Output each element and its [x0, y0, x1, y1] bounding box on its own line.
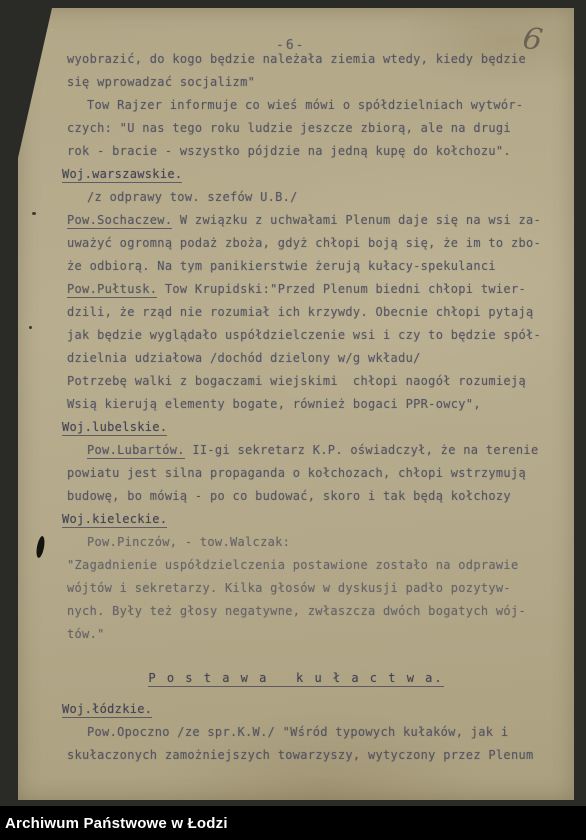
text-segment: skułaczonych zamożniejszych towarzyszy, … [67, 748, 534, 762]
typewritten-line: wójtów i sekretarzy. Kilka głosów w dysk… [67, 577, 574, 600]
typewritten-line: rok - bracie - wszystko pójdzie na jedną… [67, 140, 574, 163]
typewritten-line: Pow.Pinczów, - tow.Walczak: [87, 531, 574, 554]
typewritten-line: /z odprawy tow. szefów U.B./ [87, 186, 574, 209]
text-segment: nych. Były też głosy negatywne, zwłaszcz… [67, 604, 526, 618]
text-segment: się wprowadzać socjalizm" [67, 75, 255, 89]
text-segment: Tow Krupidski:"Przed Plenum biedni chłop… [157, 282, 526, 296]
text-segment: "Zagadnienie uspółdzielczenia postawione… [67, 558, 518, 572]
text-segment: powiatu jest silna propaganda o kołchoza… [67, 466, 526, 480]
text-segment: Tow Rajzer informuje co wieś mówi o spół… [87, 98, 523, 112]
typewritten-line: Woj.kieleckie. [62, 508, 574, 531]
text-segment: /z odprawy tow. szefów U.B./ [87, 190, 298, 204]
underlined-text: Pow.Pułtusk. [67, 282, 157, 298]
archive-name-label: Archiwum Państwowe w Łodzi [0, 815, 228, 832]
typewritten-line: Woj.łódzkie. [62, 698, 574, 721]
text-segment: Wsią kierują elementy bogate, również bo… [67, 397, 481, 411]
typewritten-line: Pow.Pułtusk. Tow Krupidski:"Przed Plenum… [67, 278, 574, 301]
underlined-text: Woj.kieleckie. [62, 512, 167, 528]
document-page: -6- 6 wyobrazić, do kogo będzie należała… [18, 8, 574, 800]
text-segment: dzili, że rząd nie rozumiał ich krzywdy.… [67, 305, 534, 319]
typewritten-line: dzili, że rząd nie rozumiał ich krzywdy.… [67, 301, 574, 324]
text-segment: że odbiorą. Na tym panikierstwie żerują … [67, 259, 496, 273]
typewritten-line: Pow.Lubartów. II-gi sekretarz K.P. oświa… [87, 439, 574, 462]
typewritten-line: jak będzie wyglądało uspółdzielczenie ws… [67, 324, 574, 347]
typewritten-line: nych. Były też głosy negatywne, zwłaszcz… [67, 600, 574, 623]
typewritten-line: Pow.Opoczno /ze spr.K.W./ "Wśród typowyc… [87, 721, 574, 744]
typewritten-line: powiatu jest silna propaganda o kołchoza… [67, 462, 574, 485]
typewritten-text: wyobrazić, do kogo będzie należała ziemi… [18, 48, 574, 767]
text-segment: wójtów i sekretarzy. Kilka głosów w dysk… [67, 581, 511, 595]
text-segment: czych: "U nas tego roku ludzie jeszcze z… [67, 121, 511, 135]
text-segment: II-gi sekretarz K.P. oświadczył, że na t… [185, 443, 539, 457]
typewritten-line: Pow.Sochaczew. W związku z uchwałami Ple… [67, 209, 574, 232]
underlined-text: P o s t a w a k u ł a c t w a. [148, 671, 443, 687]
text-segment: Pow.Opoczno /ze spr.K.W./ "Wśród typowyc… [87, 725, 508, 739]
typewritten-line: dzielnia udziałowa /dochód dzielony w/g … [67, 347, 574, 370]
text-segment: budowę, bo mówią - po co budować, skoro … [67, 489, 511, 503]
underlined-text: Pow.Lubartów. [87, 443, 185, 459]
text-segment: jak będzie wyglądało uspółdzielczenie ws… [67, 328, 541, 342]
typewritten-line: że odbiorą. Na tym panikierstwie żerują … [67, 255, 574, 278]
underlined-text: Woj.lubelskie. [62, 420, 167, 436]
typewritten-line: P o s t a w a k u ł a c t w a. [18, 667, 574, 690]
typewritten-line: skułaczonych zamożniejszych towarzyszy, … [67, 744, 574, 767]
typewritten-line: "Zagadnienie uspółdzielczenia postawione… [67, 554, 574, 577]
text-segment: dzielnia udziałowa /dochód dzielony w/g … [67, 351, 421, 365]
typewritten-line: się wprowadzać socjalizm" [67, 71, 574, 94]
text-segment: Potrzebę walki z bogaczami wiejskimi chł… [67, 374, 526, 388]
text-segment: tów." [67, 627, 105, 641]
typewritten-line: Woj.lubelskie. [62, 416, 574, 439]
archive-watermark-bar: Archiwum Państwowe w Łodzi [0, 806, 586, 840]
underlined-text: Woj.łódzkie. [62, 702, 152, 718]
typewritten-line: czych: "U nas tego roku ludzie jeszcze z… [67, 117, 574, 140]
typewritten-line: Potrzebę walki z bogaczami wiejskimi chł… [67, 370, 574, 393]
typewritten-line: Woj.warszawskie. [62, 163, 574, 186]
underlined-text: Pow.Sochaczew. [67, 213, 172, 229]
text-segment: uważyć ogromną podaż zboża, gdyż chłopi … [67, 236, 541, 250]
text-segment: rok - bracie - wszystko pójdzie na jedną… [67, 144, 511, 158]
text-segment: W związku z uchwałami Plenum daje się na… [172, 213, 541, 227]
text-segment: Pow.Pinczów, - tow.Walczak: [87, 535, 290, 549]
typewritten-line: wyobrazić, do kogo będzie należała ziemi… [67, 48, 574, 71]
typewritten-line: uważyć ogromną podaż zboża, gdyż chłopi … [67, 232, 574, 255]
typewritten-line: Tow Rajzer informuje co wieś mówi o spół… [87, 94, 574, 117]
text-segment: wyobrazić, do kogo będzie należała ziemi… [67, 52, 526, 66]
typewritten-line: budowę, bo mówią - po co budować, skoro … [67, 485, 574, 508]
scan-viewport: -6- 6 wyobrazić, do kogo będzie należała… [0, 0, 586, 840]
typewritten-line: tów." [67, 623, 574, 646]
underlined-text: Woj.warszawskie. [62, 167, 182, 183]
typewritten-line: Wsią kierują elementy bogate, również bo… [67, 393, 574, 416]
